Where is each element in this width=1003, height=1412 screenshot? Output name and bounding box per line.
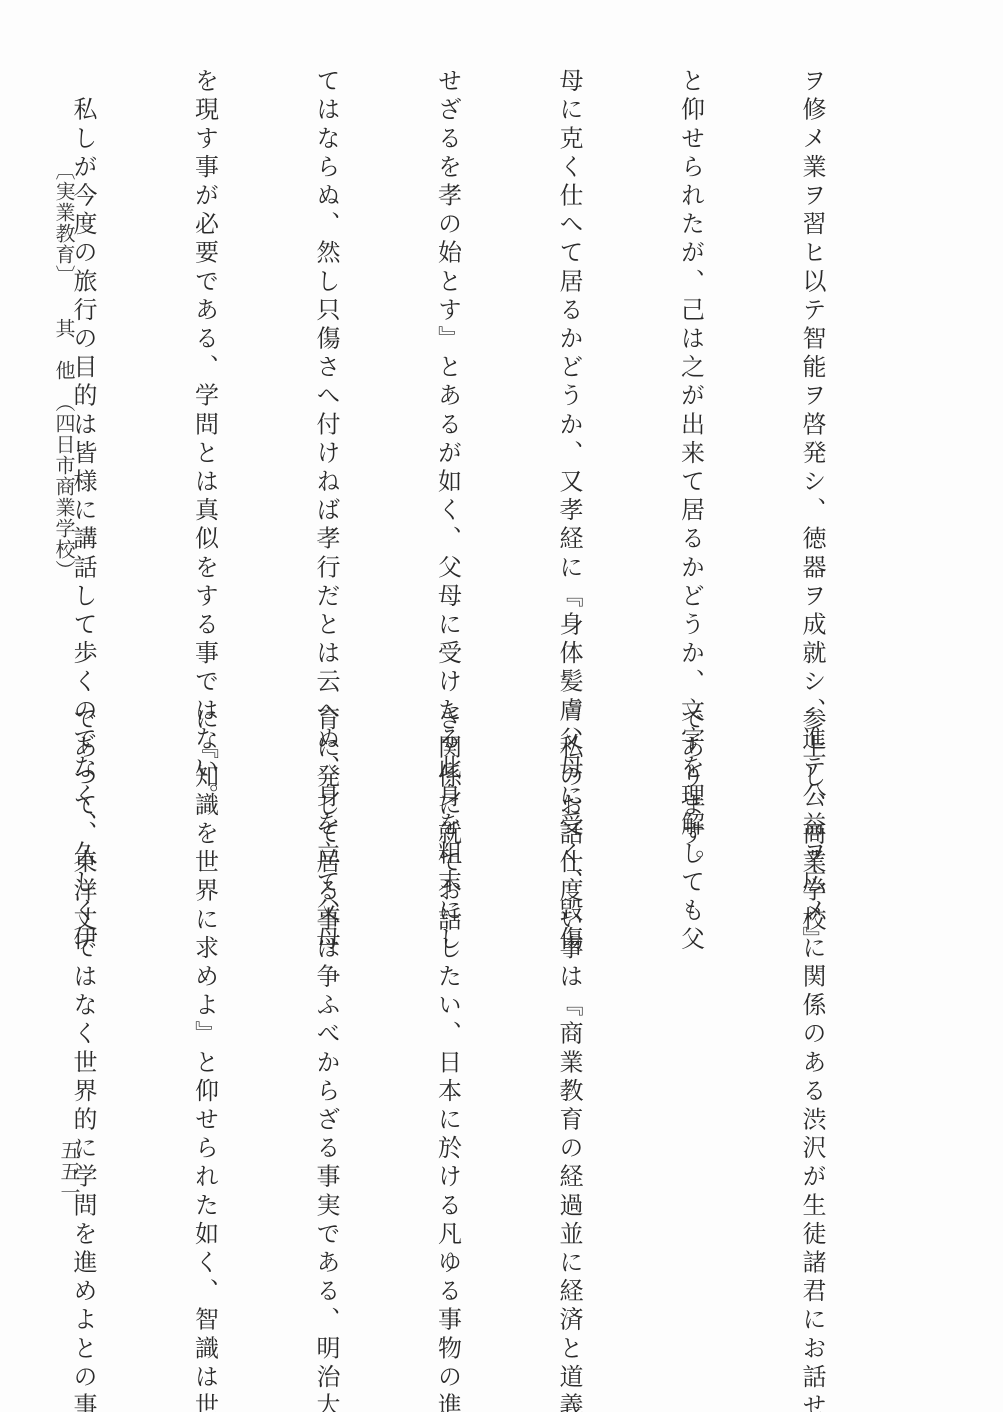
text-column: 母に克く仕へて居るかどうか、又孝経に『身体髪膚父母に受く、毀傷 bbox=[549, 68, 590, 648]
text-block-upper: ヲ修メ業ヲ習ヒ以テ智能ヲ啓発シ、徳器ヲ成就シ、進テ公益ヲ広メ』 と仰せられたが、… bbox=[0, 68, 913, 648]
text-column: を現す事が必要である、学問とは真似をする事ではない。 bbox=[184, 68, 225, 648]
text-column: 私のお話仕度い事は『商業教育の経過並に経済と道義』とも申すべ bbox=[549, 706, 590, 1286]
text-column: であります。 bbox=[670, 706, 711, 1286]
text-column: ヲ修メ業ヲ習ヒ以テ智能ヲ啓発シ、徳器ヲ成就シ、進テ公益ヲ広メ』 bbox=[792, 68, 833, 648]
text-column: と仰せられたが、己は之が出来て居るかどうか、文字を理解しても父 bbox=[670, 68, 711, 648]
running-header: 〔実業教育〕 其 他 （四日市商業学校） bbox=[50, 160, 79, 581]
text-column: 育に発して居る事は争ふべからざる事実である、明治大帝が維新の際 bbox=[306, 706, 347, 1286]
text-column: てはならぬ、然し只傷さへ付けねば孝行だとは云へぬ、身を立て父母 bbox=[306, 68, 347, 648]
text-column: 参上し、商業学校に関係のある渋沢が生徒諸君にお話せんとて出たの bbox=[792, 706, 833, 1286]
text-block-lower: 参上し、商業学校に関係のある渋沢が生徒諸君にお話せんとて出たの であります。 私… bbox=[0, 706, 913, 1286]
page-number: 五五一 bbox=[55, 1140, 84, 1203]
scanned-page: ヲ修メ業ヲ習ヒ以テ智能ヲ啓発シ、徳器ヲ成就シ、進テ公益ヲ広メ』 と仰せられたが、… bbox=[0, 0, 1003, 1412]
text-column: に『知識を世界に求めよ』と仰せられた如く、智識は世界より求めよ bbox=[184, 706, 225, 1286]
text-column: せざるを孝の始とす』とあるが如く、父母に受けたる此身を粗末にし bbox=[427, 68, 468, 648]
text-column: き関係に就てお話したい、日本に於ける凡ゆる事物の進歩が其源を教 bbox=[427, 706, 468, 1286]
